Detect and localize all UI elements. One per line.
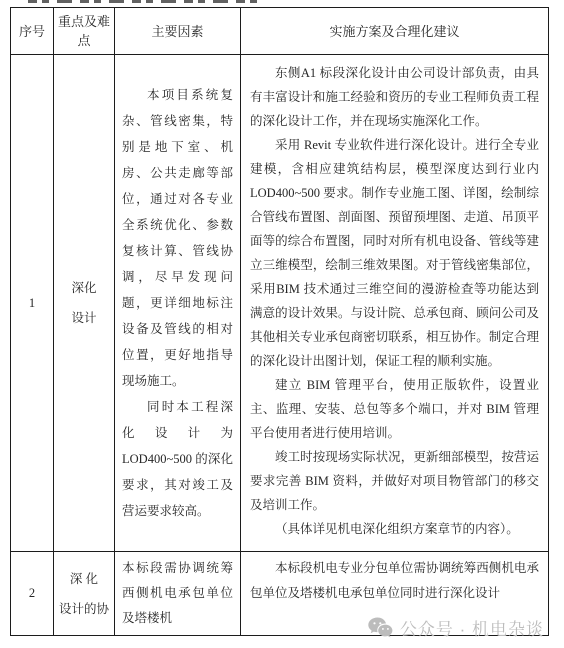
row1-main-factor: 本项目系统复杂、管线密集，特别是地下室、机房、公共走廊等部位，通过对各专业全系统… xyxy=(115,55,241,552)
row1-key-point: 深化 设计 xyxy=(54,55,115,552)
table-row: 1 深化 设计 本项目系统复杂、管线密集，特别是地下室、机房、公共走廊等部位，通… xyxy=(11,55,549,552)
header-key-point: 重点及难点 xyxy=(54,8,115,55)
header-main-factor: 主要因素 xyxy=(115,8,241,55)
header-suggestion: 实施方案及合理化建议 xyxy=(241,8,549,55)
key-point-line: 深化 xyxy=(58,273,110,303)
suggestion-paragraph: 建立 BIM 管理平台，使用正版软件，设置业主、监理、安装、总包等多个端口，并对… xyxy=(250,373,539,445)
factor-paragraph: 本项目系统复杂、管线密集，特别是地下室、机房、公共走廊等部位，通过对各专业全系统… xyxy=(122,82,233,394)
header-index: 序号 xyxy=(11,8,54,55)
key-difficulty-table: 序号 重点及难点 主要因素 实施方案及合理化建议 1 深化 设计 本项目系统复杂… xyxy=(10,7,549,636)
suggestion-paragraph: （具体详见机电深化组织方案章节的内容）。 xyxy=(250,517,539,541)
key-point-line: 深 化 xyxy=(58,564,110,594)
document-page: { "table": { "headers": ["序号", "重点及难点", … xyxy=(0,0,564,648)
key-point-line: 设计的协 xyxy=(58,594,110,624)
wechat-icon xyxy=(368,617,393,638)
factor-paragraph: 同时本工程深化设计为 LOD400~500 的深化要求，其对竣工及营运要求较高。 xyxy=(122,394,233,524)
suggestion-paragraph: 竣工时按现场实际状况，更新细部模型，按营运要求完善 BIM 资料，并做好对项目物… xyxy=(250,445,539,517)
row1-suggestion: 东侧A1 标段深化设计由公司设计部负责，由具有丰富设计和施工经验和资历的专业工程… xyxy=(241,55,549,552)
suggestion-paragraph: 采用 Revit 专业软件进行深化设计。进行全专业建模，含相应建筑结构层，模型深… xyxy=(250,133,539,373)
factor-paragraph: 本标段需协调统筹西侧机电承包单位及塔楼机 xyxy=(122,556,233,631)
row1-index: 1 xyxy=(11,55,54,552)
suggestion-paragraph: 东侧A1 标段深化设计由公司设计部负责，由具有丰富设计和施工经验和资历的专业工程… xyxy=(250,61,539,133)
watermark: 公众号 · 机电杂谈 xyxy=(368,615,544,640)
row2-index: 2 xyxy=(11,552,54,636)
row2-key-point: 深 化 设计的协 xyxy=(54,552,115,636)
suggestion-paragraph: 本标段机电专业分包单位需协调统筹西侧机电承包单位及塔楼机电承包单位同时进行深化设… xyxy=(250,556,539,606)
clipped-text-remnant xyxy=(28,0,260,3)
key-point-line: 设计 xyxy=(58,303,110,333)
table-header-row: 序号 重点及难点 主要因素 实施方案及合理化建议 xyxy=(11,8,549,55)
row2-main-factor: 本标段需协调统筹西侧机电承包单位及塔楼机 xyxy=(115,552,241,636)
watermark-label: 公众号 · 机电杂谈 xyxy=(400,615,544,640)
